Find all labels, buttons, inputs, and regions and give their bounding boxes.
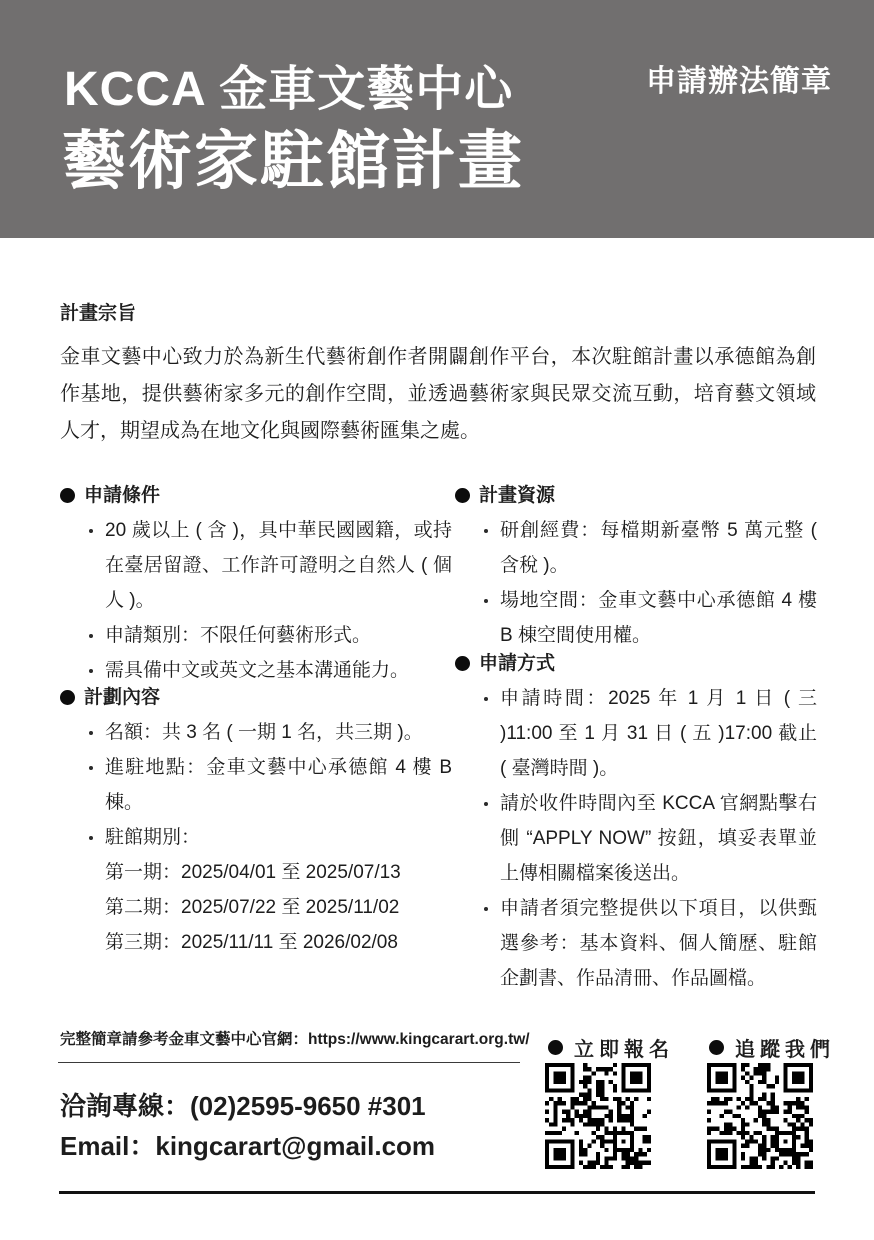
purpose-heading: 計畫宗旨 [60, 298, 816, 325]
list-item: 請於收件時間內至 KCCA 官網點擊右側 “APPLY NOW” 按鈕，填妥表單… [455, 786, 817, 891]
bullet-circle-icon [455, 656, 470, 671]
org-title: KCCA 金車文藝中心 [64, 50, 513, 119]
conditions-heading-label: 申請條件 [84, 478, 160, 513]
plan-content-heading: 計劃內容 [60, 680, 452, 715]
program-title: 藝術家駐館計畫 [62, 110, 524, 202]
header-banner: KCCA 金車文藝中心 藝術家駐館計畫 申請辦法簡章 [0, 0, 874, 238]
residency-period: 第三期：2025/11/11 至 2026/02/08 [60, 925, 452, 960]
header-badge: 申請辦法簡章 [646, 56, 832, 100]
bullet-circle-icon [60, 690, 75, 705]
list-item: 20 歲以上 ( 含 )，具中華民國國籍，或持在臺居留證、工作許可證明之自然人 … [60, 513, 452, 618]
resources-heading-label: 計畫資源 [479, 478, 555, 513]
list-item: 申請類別：不限任何藝術形式。 [60, 618, 452, 653]
resources-section: 計畫資源 研創經費：每檔期新臺幣 5 萬元整 ( 含稅 )。 場地空間：金車文藝… [455, 478, 817, 653]
residency-period: 第一期：2025/04/01 至 2025/07/13 [60, 855, 452, 890]
bullet-circle-icon [709, 1040, 724, 1055]
list-item: 場地空間：金車文藝中心承德館 4 樓 B 棟空間使用權。 [455, 583, 817, 653]
list-item: 研創經費：每檔期新臺幣 5 萬元整 ( 含稅 )。 [455, 513, 817, 583]
conditions-heading: 申請條件 [60, 478, 452, 513]
list-item: 申請時間：2025 年 1 月 1 日 ( 三 )11:00 至 1 月 31 … [455, 681, 817, 786]
list-item: 名額：共 3 名 ( 一期 1 名，共三期 )。 [60, 715, 452, 750]
list-item: 申請者須完整提供以下項目，以供甄選參考：基本資料、個人簡歷、駐館企劃書、作品清冊… [455, 891, 817, 996]
bottom-rule [59, 1191, 815, 1194]
apply-heading: 申請方式 [455, 646, 817, 681]
conditions-section: 申請條件 20 歲以上 ( 含 )，具中華民國國籍，或持在臺居留證、工作許可證明… [60, 478, 452, 688]
qr-signup-label: 立即報名 [548, 1033, 674, 1062]
qr-signup-label-text: 立即報名 [574, 1033, 674, 1062]
plan-content-section: 計劃內容 名額：共 3 名 ( 一期 1 名，共三期 )。 進駐地點：金車文藝中… [60, 680, 452, 960]
contact-phone: 洽詢專線：(02)2595-9650 #301 [60, 1086, 426, 1123]
qr-follow-label: 追蹤我們 [709, 1033, 835, 1062]
website-note: 完整簡章請參考金車文藝中心官網：https://www.kingcarart.o… [60, 1027, 530, 1049]
apply-section: 申請方式 申請時間：2025 年 1 月 1 日 ( 三 )11:00 至 1 … [455, 646, 817, 996]
flyer-page: KCCA 金車文藝中心 藝術家駐館計畫 申請辦法簡章 計畫宗旨 金車文藝中心致力… [0, 0, 874, 1240]
apply-heading-label: 申請方式 [479, 646, 555, 681]
bullet-circle-icon [60, 488, 75, 503]
bullet-circle-icon [455, 488, 470, 503]
purpose-section: 計畫宗旨 金車文藝中心致力於為新生代藝術創作者開闢創作平台，本次駐館計畫以承德館… [60, 298, 816, 450]
purpose-body: 金車文藝中心致力於為新生代藝術創作者開闢創作平台，本次駐館計畫以承德館為創作基地… [60, 339, 816, 450]
qr-follow-label-text: 追蹤我們 [735, 1033, 835, 1062]
list-item: 駐館期別： [60, 820, 452, 855]
qr-code-signup [545, 1063, 651, 1169]
bullet-circle-icon [548, 1040, 563, 1055]
plan-content-heading-label: 計劃內容 [84, 680, 160, 715]
qr-code-follow [707, 1063, 813, 1169]
contact-email: Email：kingcarart@gmail.com [60, 1126, 435, 1163]
list-item: 進駐地點：金車文藝中心承德館 4 樓 B 棟。 [60, 750, 452, 820]
resources-heading: 計畫資源 [455, 478, 817, 513]
residency-period: 第二期：2025/07/22 至 2025/11/02 [60, 890, 452, 925]
note-underline [58, 1062, 520, 1063]
